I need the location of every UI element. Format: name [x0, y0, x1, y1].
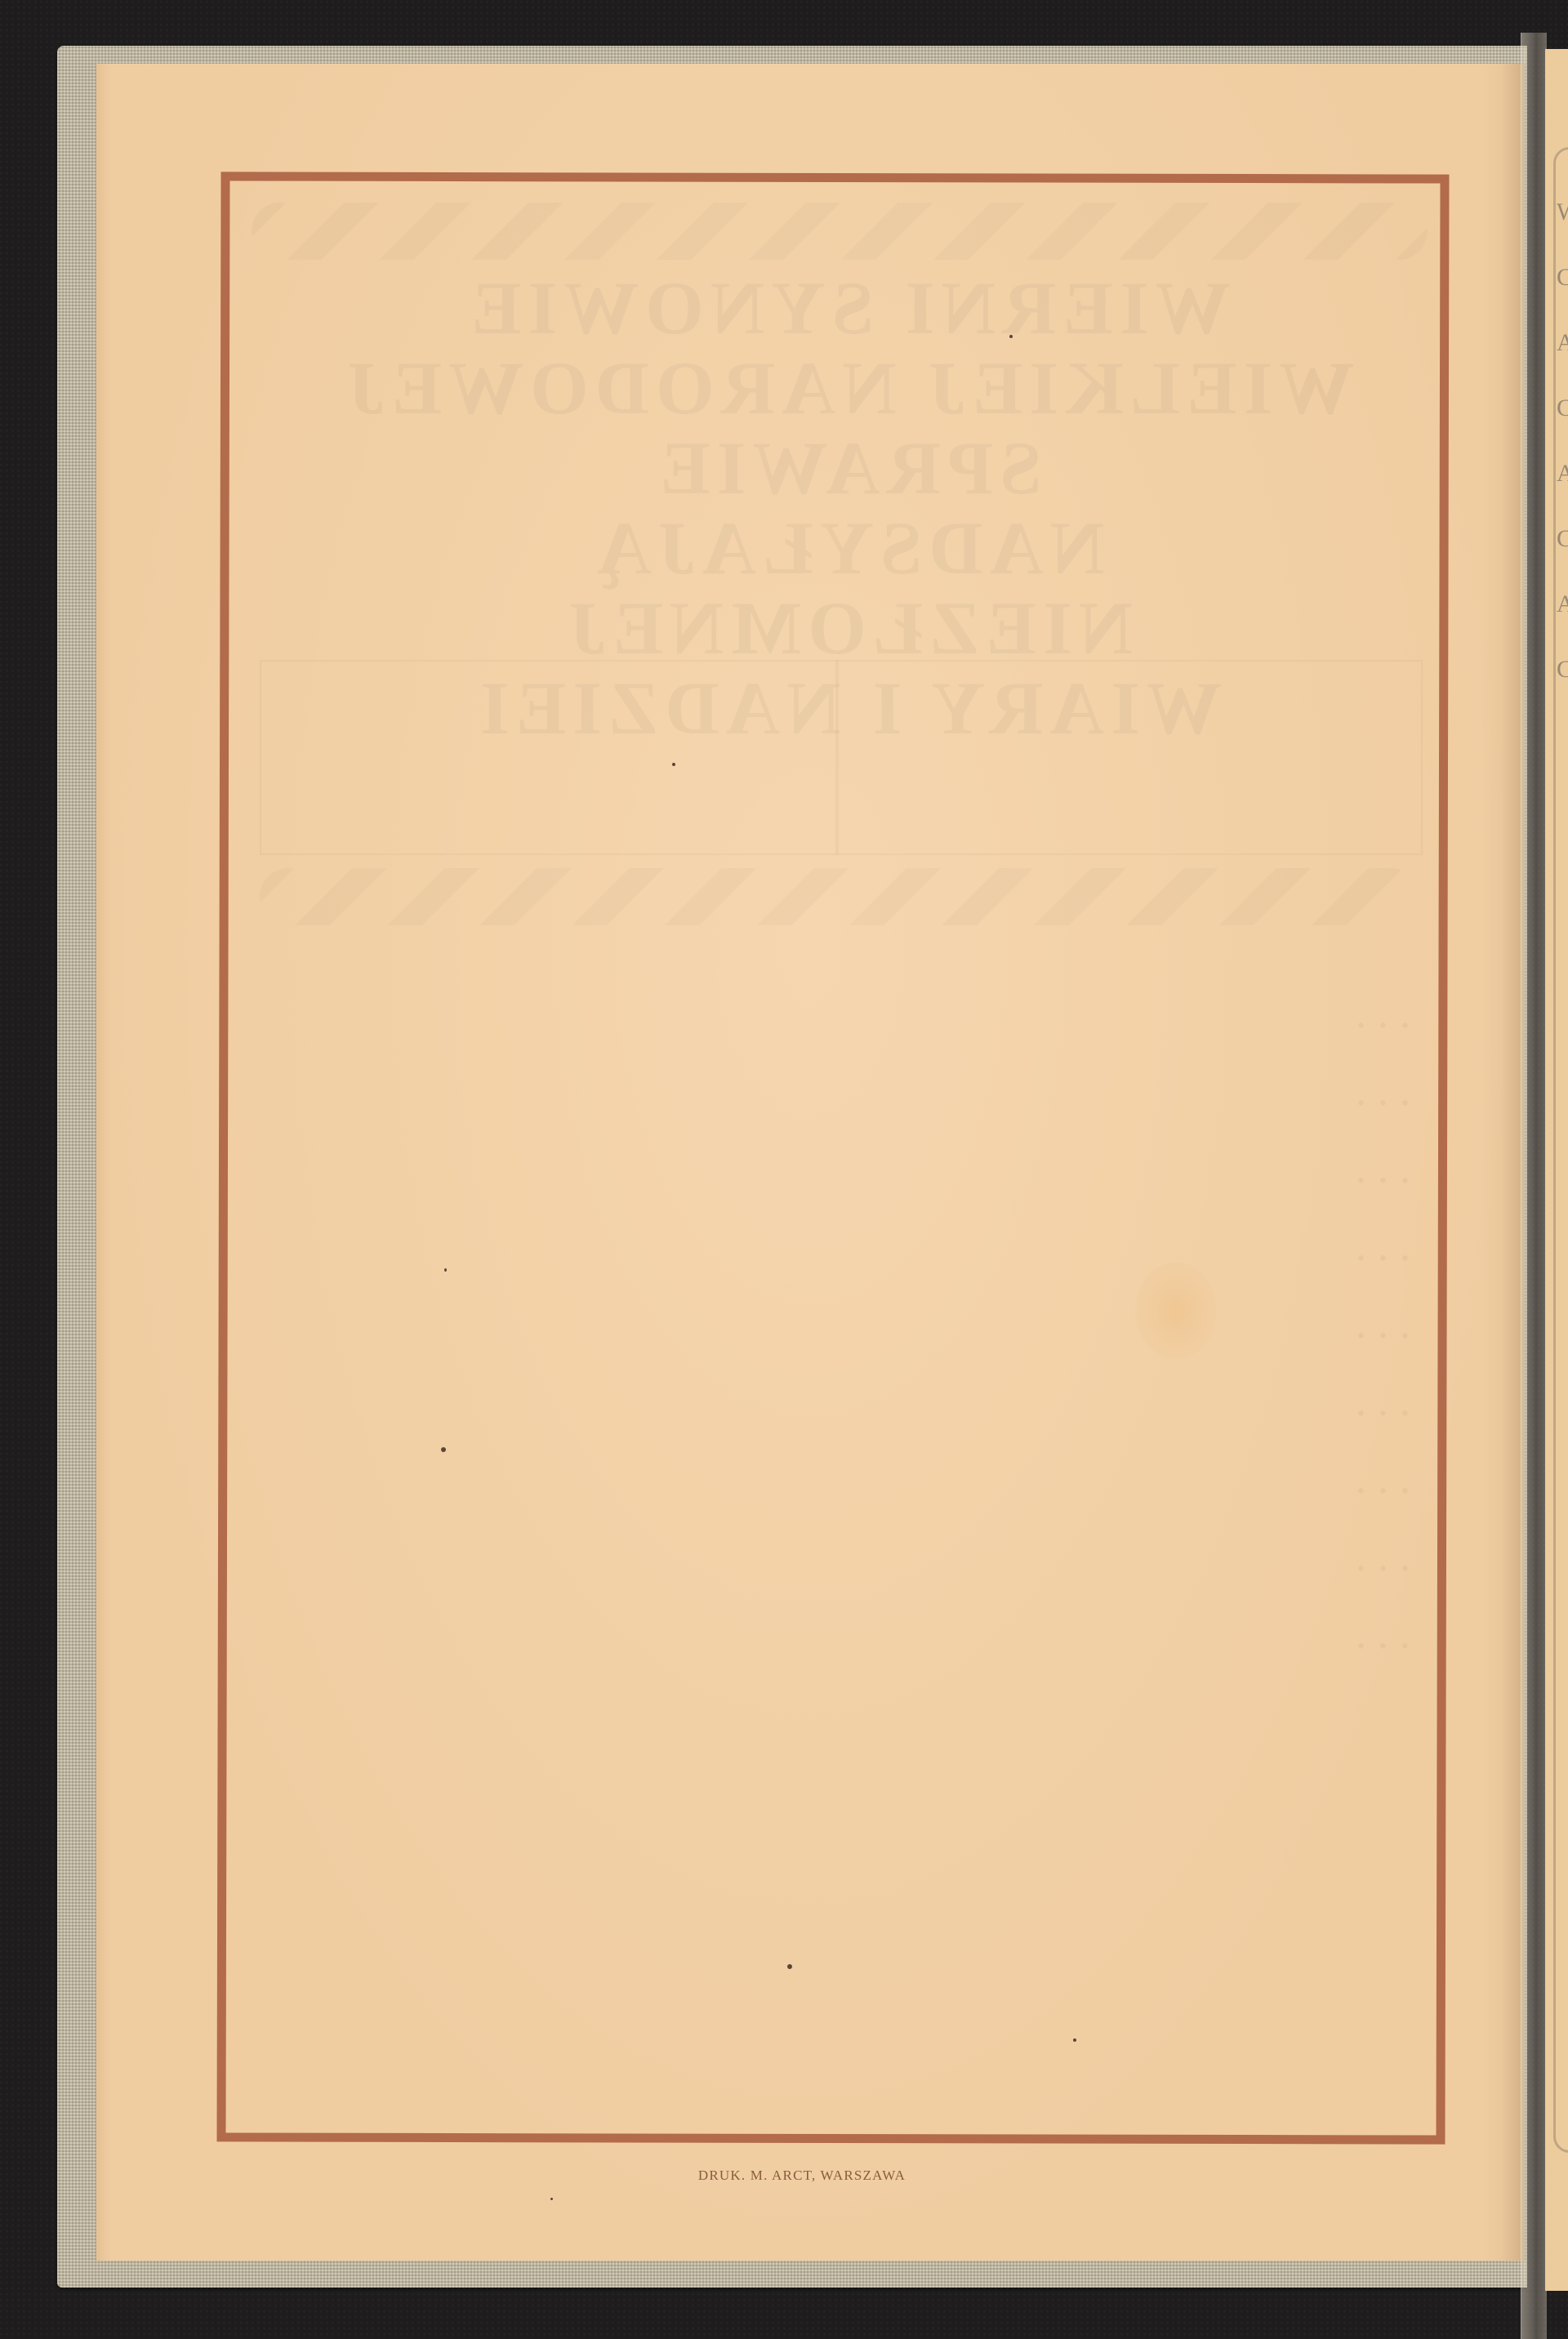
adjacent-page-edge: W C A C A C A C — [1545, 49, 1568, 2291]
decorative-frame — [216, 172, 1449, 2144]
adjacent-page-glyphs: W C A C A C A C — [1557, 180, 1568, 702]
printer-imprint: DRUK. M. ARCT, WARSZAWA — [88, 2167, 1516, 2184]
protective-sleeve-edge — [1521, 33, 1547, 2339]
paper-speck — [550, 2198, 553, 2200]
endpaper-page: WIERNI SYNOWIE WIELKIEJ NARODOWEJ SPRAWI… — [96, 64, 1524, 2261]
